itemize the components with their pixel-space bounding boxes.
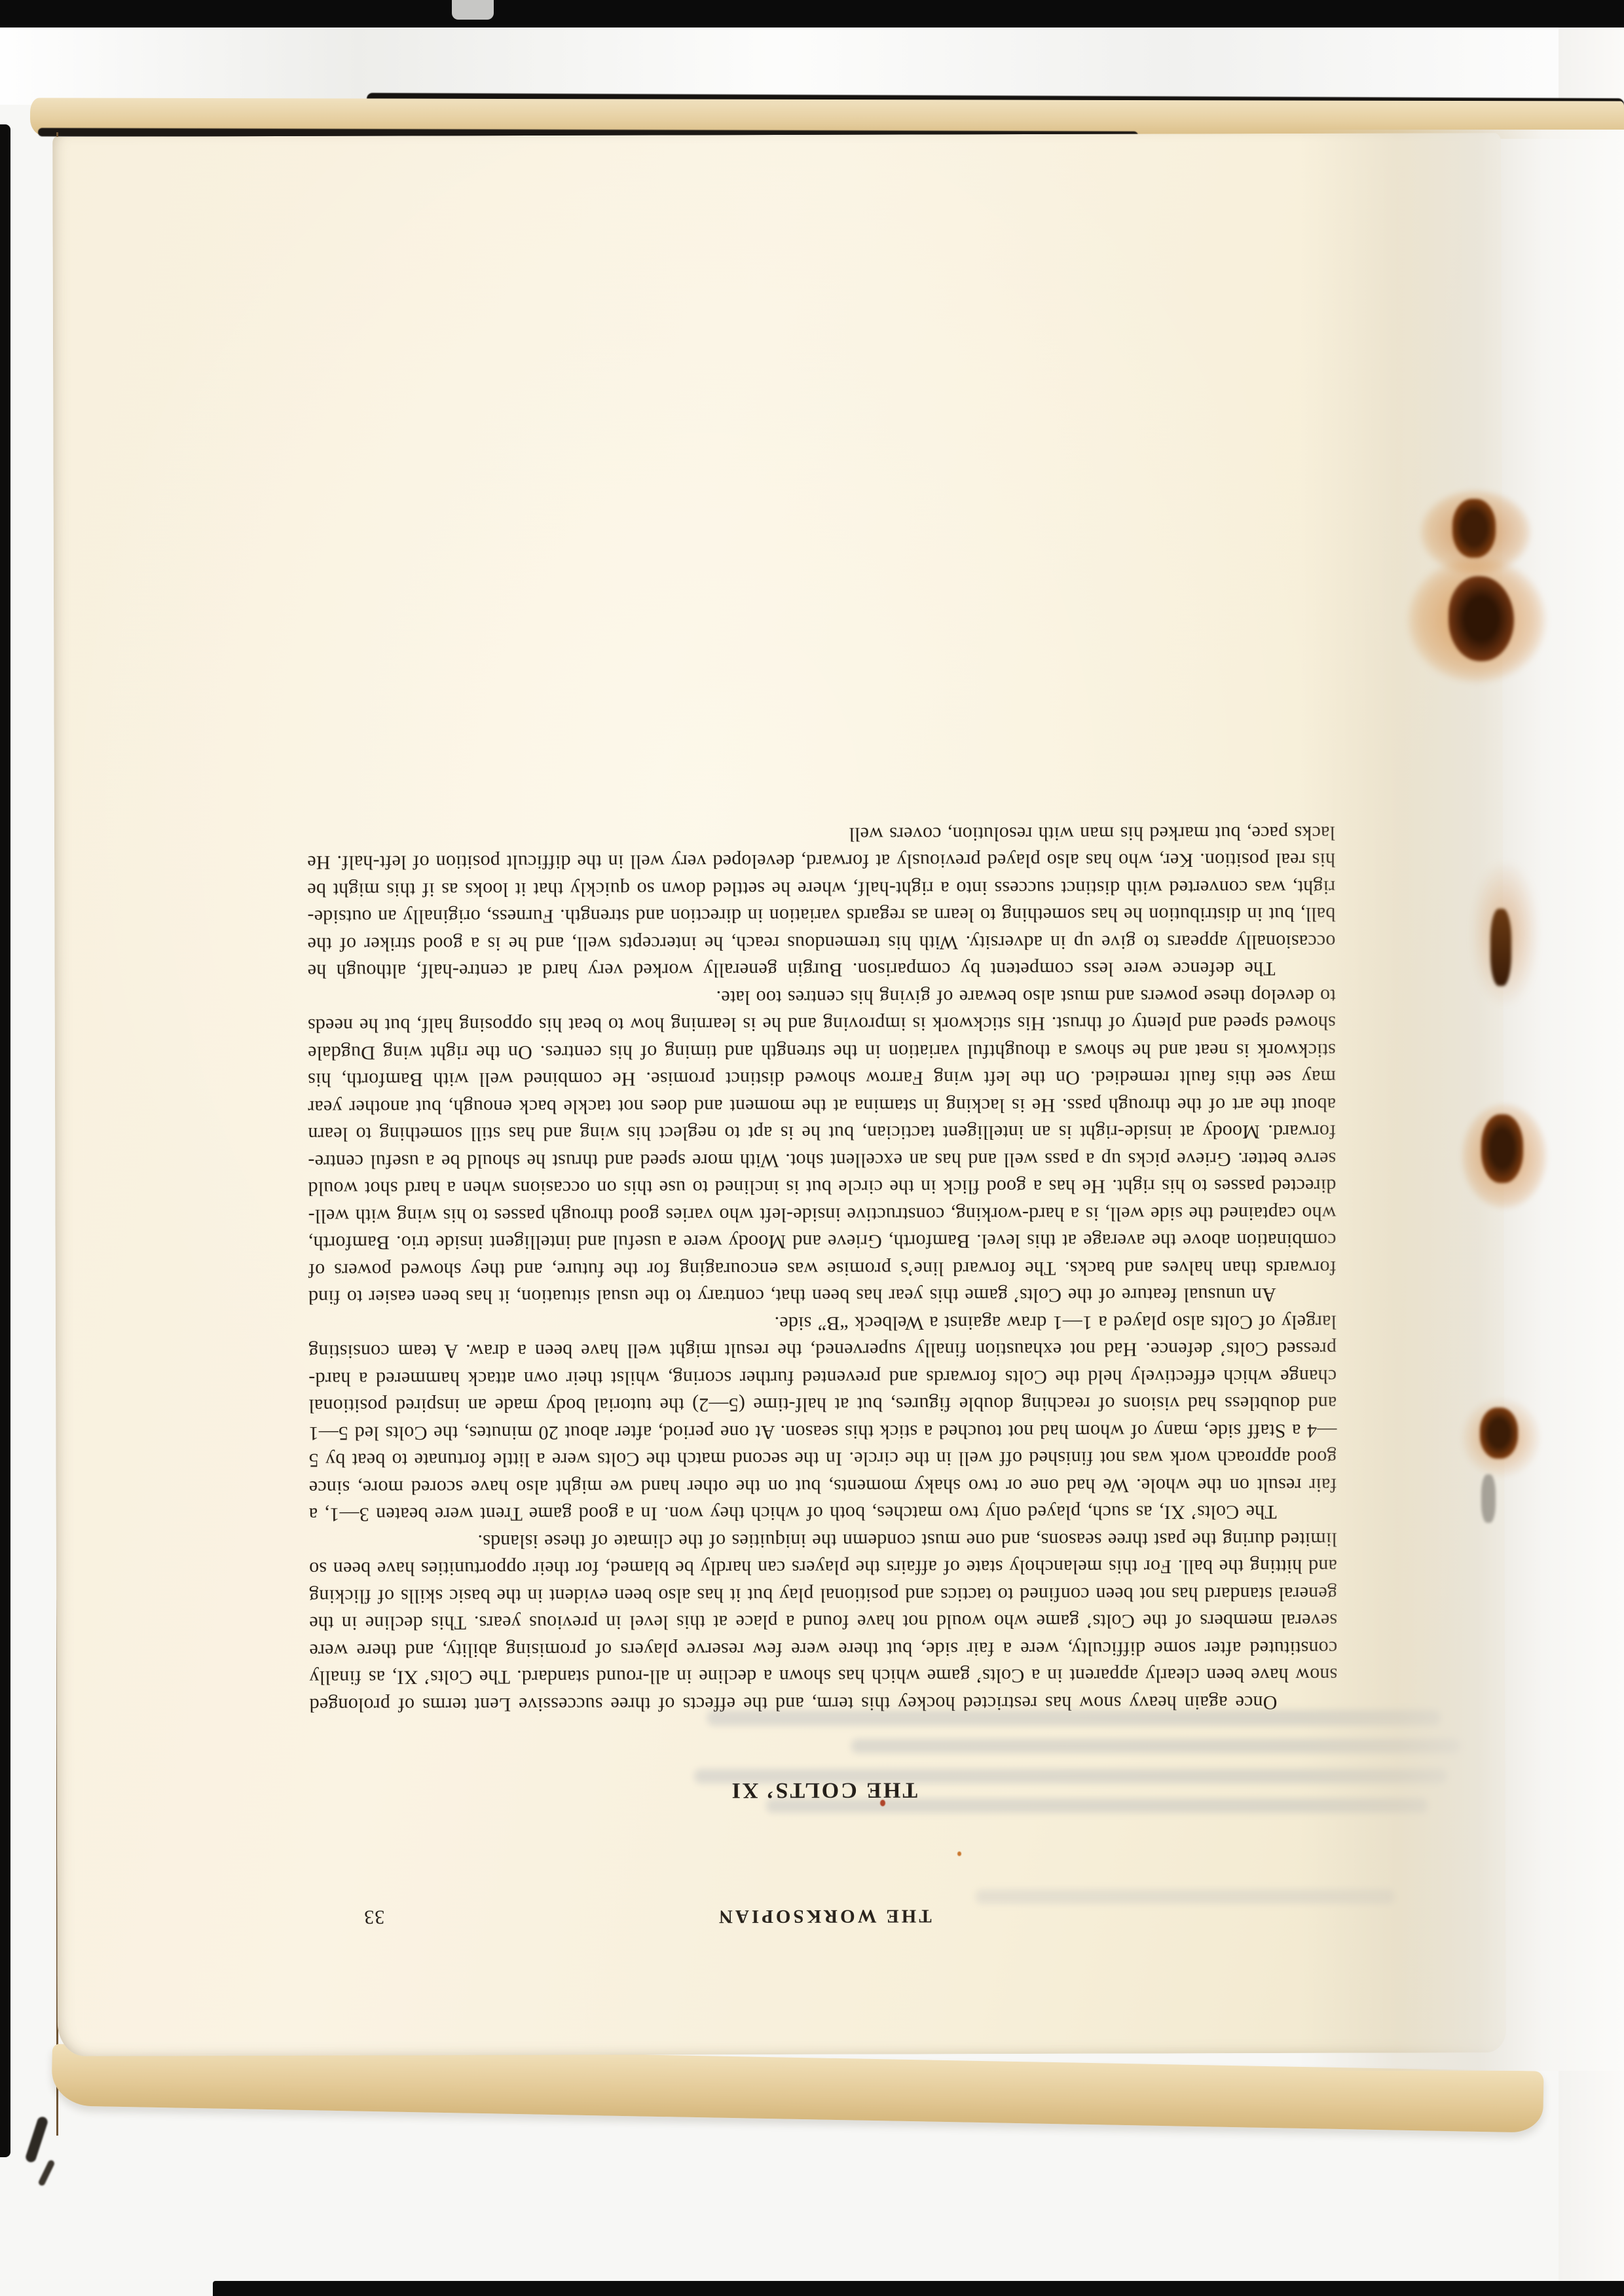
bottom-left-crease-mark-2	[37, 2159, 55, 2187]
magazine-title: THE WORKSOPIAN	[716, 1904, 932, 1927]
rust-stain-core-4	[1481, 1114, 1523, 1183]
book-scan: THE WORKSOPIAN 33 THE COLTS’ XI Once aga…	[0, 0, 1624, 2296]
scanner-top-black-strip	[0, 0, 1624, 27]
orange-speck	[957, 1851, 961, 1856]
rust-stain-core-1	[1452, 499, 1496, 558]
scanner-top-strip-notch	[452, 0, 494, 20]
article-paragraph-4: The defence were less competent by compa…	[307, 819, 1336, 985]
page-edge-curl-shadow	[1300, 130, 1624, 2071]
scanner-lid-shading	[0, 26, 1624, 105]
page-content-rotated-180: THE WORKSOPIAN 33 THE COLTS’ XI Once aga…	[52, 133, 1506, 2056]
article-paragraph-2: The Colts’ XI, as such, played only two …	[308, 1308, 1337, 1528]
article-body: Once again heavy snow has restricted hoc…	[307, 819, 1338, 1719]
article-paragraph-1: Once again heavy snow has restricted hoc…	[309, 1525, 1338, 1719]
rust-stain-core-2	[1449, 576, 1514, 661]
book-page: THE WORKSOPIAN 33 THE COLTS’ XI Once aga…	[52, 133, 1506, 2056]
page-number: 33	[363, 1906, 384, 1928]
gray-streak-stain	[1481, 1474, 1496, 1523]
book-block-left-edge	[7, 132, 58, 2136]
article-paragraph-3: An unusual feature of the Colts’ game th…	[308, 982, 1337, 1311]
scanner-bottom-black-strip	[213, 2281, 1624, 2296]
page-text-column: THE WORKSOPIAN 33 THE COLTS’ XI Once aga…	[307, 819, 1338, 1928]
rust-stain-core-3	[1490, 909, 1511, 986]
red-speck	[880, 1800, 885, 1806]
rust-stain-core-5	[1480, 1408, 1518, 1459]
